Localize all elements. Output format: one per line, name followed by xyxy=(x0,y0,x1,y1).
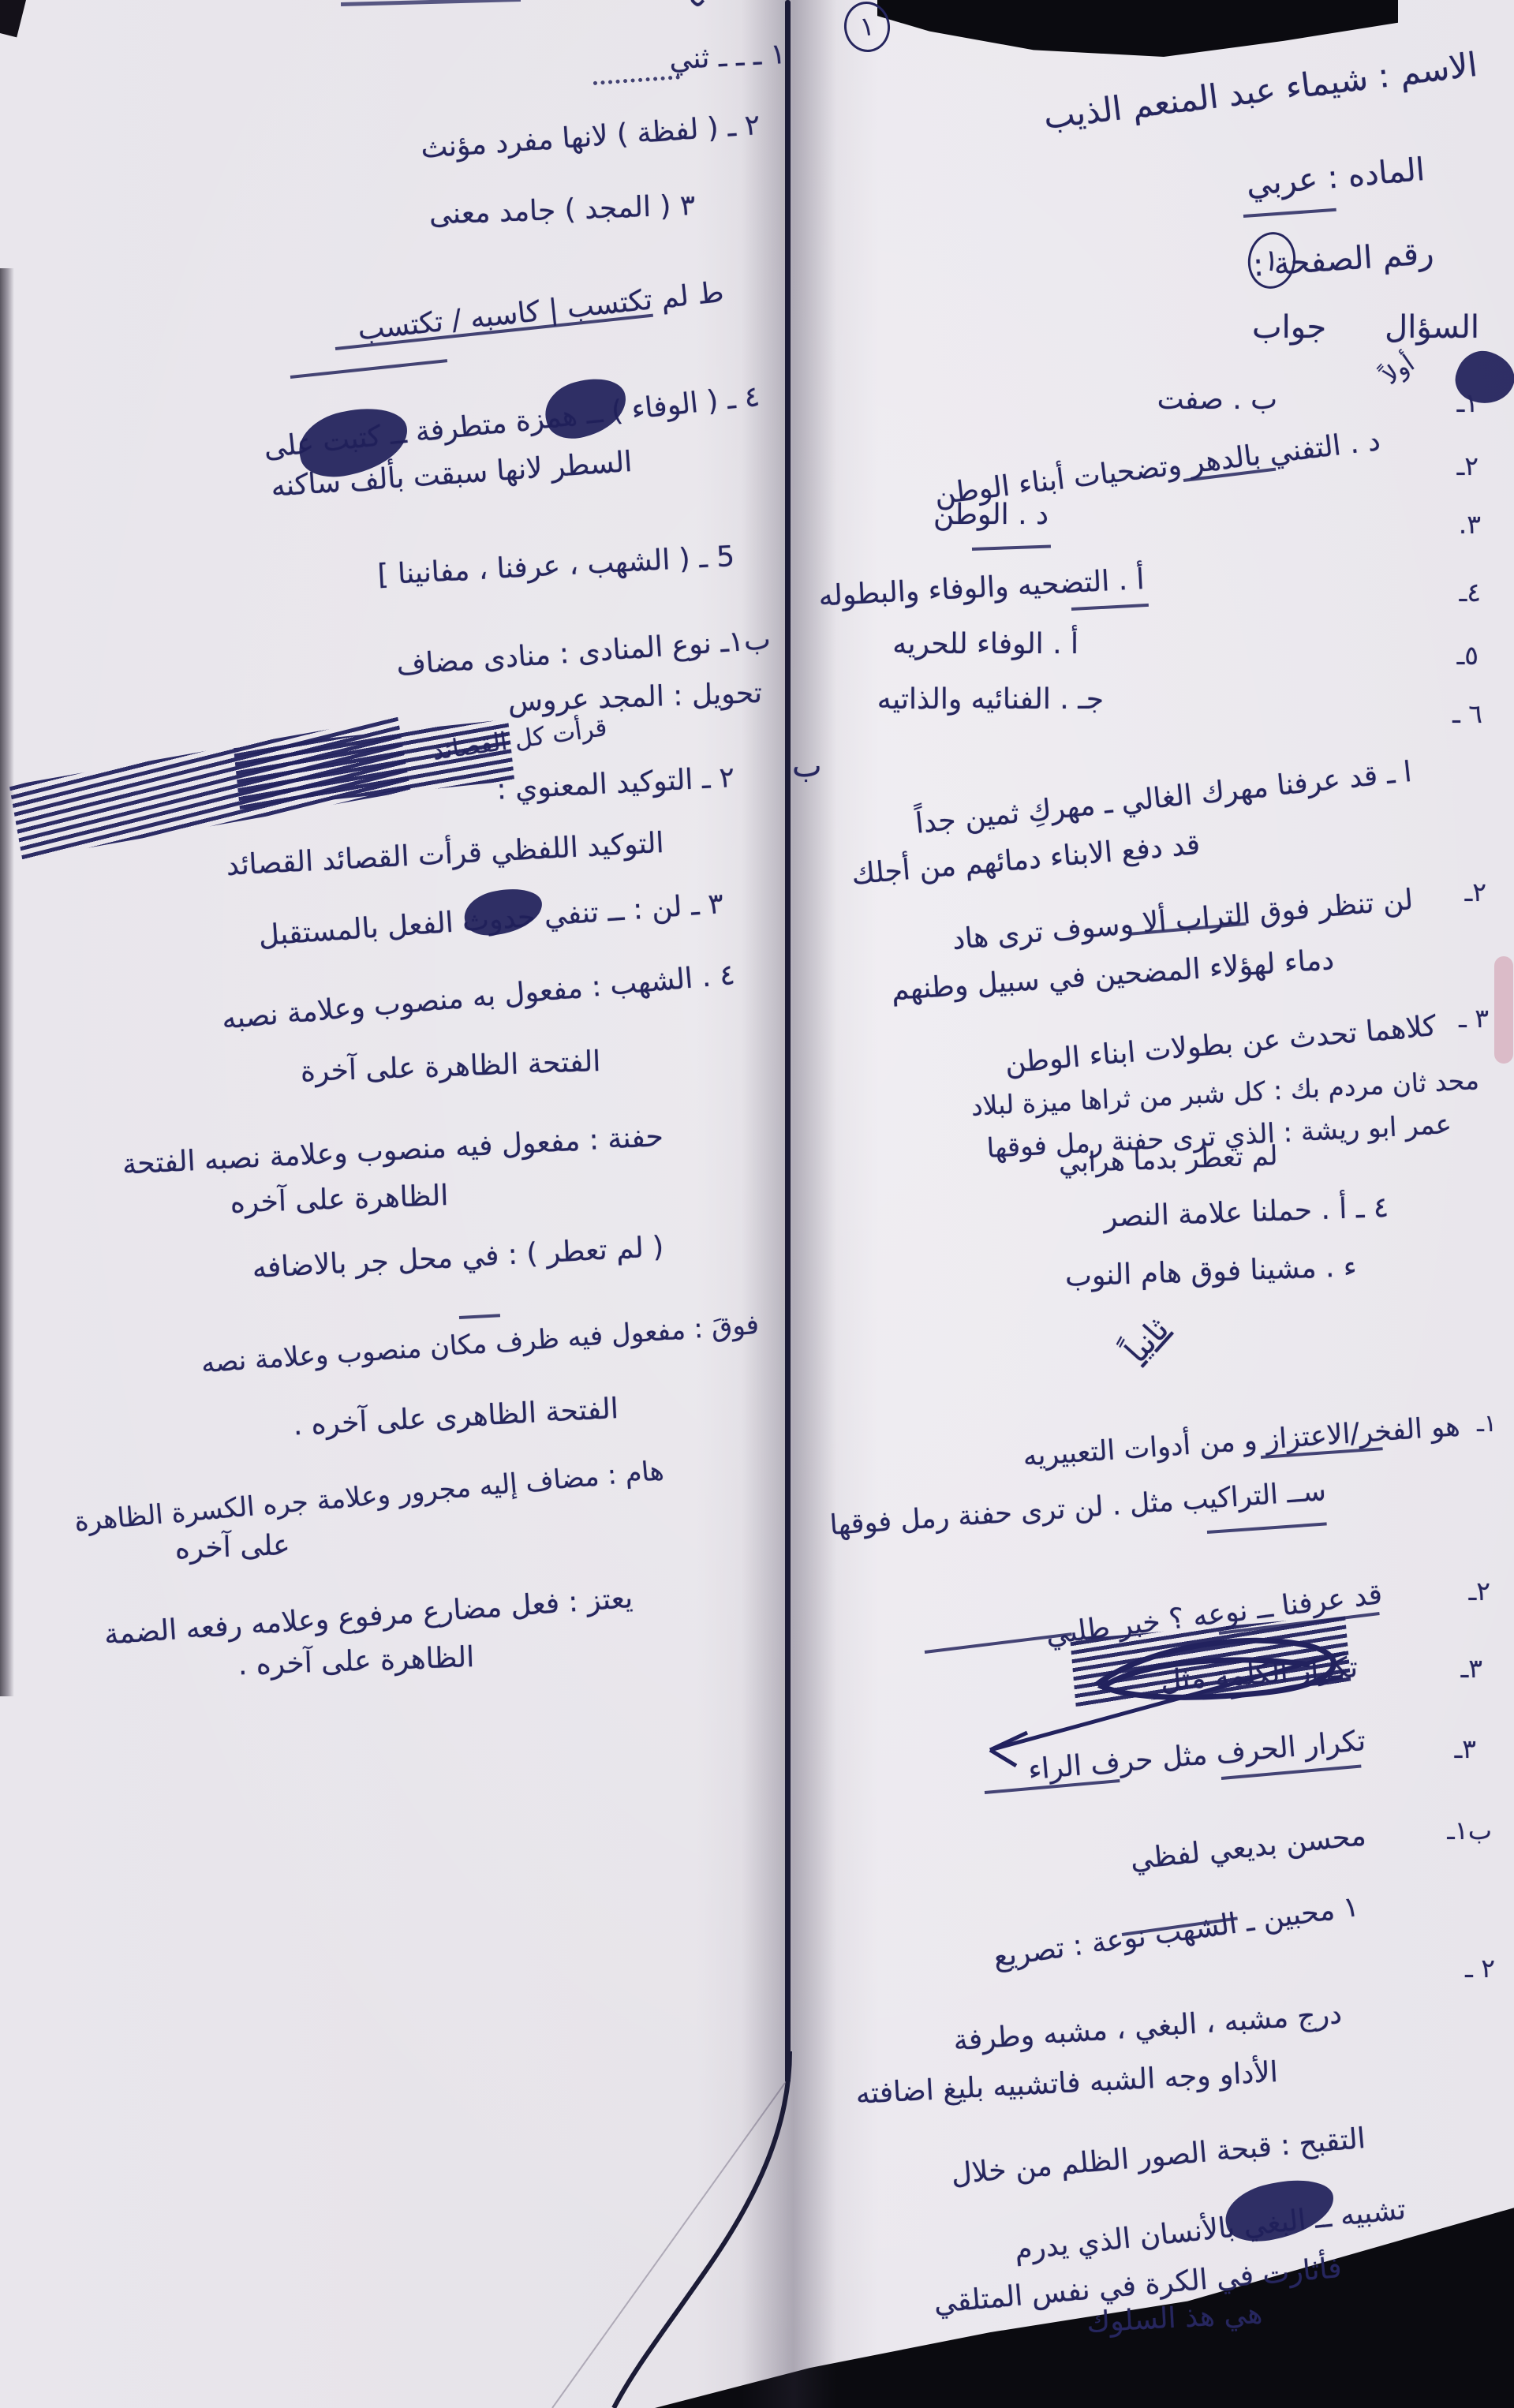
answer-line: تحويل : المجد عروس xyxy=(507,677,762,719)
answer-line: فوقَ : مفعول فيه ظرف مكان منصوب وعلامة ن… xyxy=(200,1310,759,1379)
answer-line: ا ـ قد عرفنا مهرك الغالي ـ مهركِ ثمين جد… xyxy=(914,756,1414,840)
answer-table-header: السؤال جواب xyxy=(1252,309,1479,346)
underline xyxy=(1071,604,1149,611)
answer-line: ط لم تكتسب | كاسبه / تكتسب xyxy=(357,276,726,347)
answer-line: ب١ـ نوع المنادى : منادى مضاف xyxy=(395,623,772,682)
answer-line: الفتحة الظاهرة على آخرة xyxy=(300,1045,601,1089)
answer-line: حفنة : مفعول فيه منصوب وعلامة نصبه الفتح… xyxy=(121,1120,664,1181)
page-marker-number: ١ xyxy=(858,10,877,43)
answer-line: لن تنظر فوق التراب ألا وسوف ترى هاد xyxy=(951,884,1415,956)
item-number: ٥ـ xyxy=(1457,641,1478,671)
scanned-exam-sheet: ثالثاً ١ ـ ـ ـ ثني ٢ ـ ( لفظة ) لانها مف… xyxy=(0,0,1514,2408)
answer-line: هو الفخر/الاعتزاز و من أدوات التعبيريه xyxy=(1022,1411,1460,1473)
answer-line: الظاهرة على آخره . xyxy=(237,1641,475,1682)
item-answer: جـ . الفنائيه والذاتيه xyxy=(877,683,1104,716)
underline xyxy=(593,75,680,85)
answer-line: يعتز : فعل مضارع مرفوع وعلامه رفعه الضمة xyxy=(103,1582,634,1651)
answer-line: ١ محبين ـ الشهب نوعة : تصريع xyxy=(991,1890,1360,1974)
item-number: ب١ـ xyxy=(1447,1816,1492,1845)
item-number: ٢ـ xyxy=(1457,451,1478,481)
item-number: ٢ ـ xyxy=(1465,1954,1495,1984)
answer-line: ســ التراكيب مثل . لن ترى حفنة رمل فوقها xyxy=(828,1475,1327,1542)
answer-line: ٤ . الشهب : مفعول به منصوب وعلامة نصبه xyxy=(221,959,737,1036)
page-number-circle: ١ xyxy=(1244,229,1300,292)
scan-corner-mark xyxy=(0,0,27,37)
item-number: ١ـ xyxy=(1457,388,1478,418)
item-number: ٤ـ xyxy=(1460,578,1481,608)
paper-edge-left xyxy=(0,268,14,1696)
answer-header: جواب xyxy=(1252,309,1326,346)
ink-smear-pink xyxy=(1494,956,1513,1064)
answer-line: الفتحة الظاهرى على آخره . xyxy=(293,1393,619,1442)
answer-line: ٤ ـ أ . حملنا علامة النصر xyxy=(1103,1191,1389,1234)
answer-line: على آخره xyxy=(174,1529,290,1565)
underline xyxy=(290,359,447,379)
center-fold-line xyxy=(785,0,791,2083)
answer-line: ٢ ـ التوكيد المعنوي : xyxy=(495,761,735,806)
underline xyxy=(459,1314,500,1319)
section-first-label: أولاً xyxy=(1378,350,1420,391)
scribbled-out-text xyxy=(9,717,411,859)
slash-arrowhead xyxy=(990,1733,1027,1766)
question-header: السؤال xyxy=(1385,309,1479,346)
underline xyxy=(972,545,1051,551)
item-number: ٢ـ xyxy=(1465,877,1486,907)
item-number: ٣. xyxy=(1459,510,1481,540)
answer-line: تكرار الحرف مثل حرف الراء xyxy=(1027,1725,1367,1787)
item-number: ٣ـ xyxy=(1455,1734,1476,1764)
crossed-out-word xyxy=(1220,2171,1339,2249)
answer-line: الظاهرة على آخره xyxy=(230,1180,449,1220)
item-number: ٦ ـ xyxy=(1452,699,1482,729)
student-name-line: الاسم : شيماء عبد المنعم الذيب xyxy=(1041,46,1479,136)
answer-line: ٢ ـ ( لفظة ) لانها مفرد مؤنث xyxy=(420,109,761,165)
answer-line: ٣ ( المجد ) جامد معنى xyxy=(428,189,696,231)
answer-line: التوكيد اللفظي قرأت القصائد القصائد xyxy=(225,827,664,882)
underline xyxy=(1243,208,1336,218)
answer-line: درج مشبه ، البغي ، مشبه وطرفة xyxy=(952,1998,1343,2058)
answer-line: ١ ـ ـ ـ ثني xyxy=(669,38,787,77)
item-number: ١ـ xyxy=(1477,1411,1497,1438)
item-number: ٣ـ xyxy=(1461,1654,1482,1684)
answer-line: ء . مشينا فوق هام النوب xyxy=(1064,1251,1357,1293)
answer-line: هام : مضاف إليه مجرور وعلامة جره الكسرة … xyxy=(73,1456,665,1538)
answer-line: 5 ـ ( الشهب ، عرفنا ، مفانينا ] xyxy=(377,540,735,592)
item-answer: أ . الوفاء للحريه xyxy=(892,628,1078,660)
section-b-label: ب xyxy=(792,748,822,784)
section-second-label: ثانياً xyxy=(1118,1311,1176,1370)
answer-line: قد دفع الابناء دمائهم من أجلك xyxy=(850,828,1202,892)
answer-line: الأداو وجه الشبه فاتشبيه بليغ اضافته xyxy=(855,2056,1279,2111)
page-number-value: ١ xyxy=(1261,242,1282,279)
item-answer: د . الوطن xyxy=(933,499,1049,531)
answer-line: ( لم تعطر ) : في محل جر بالاضافه xyxy=(252,1231,665,1285)
item-answer: ب . صفت xyxy=(1157,383,1277,416)
cutoff-underline-top xyxy=(341,0,521,6)
item-number: ٢ـ xyxy=(1469,1576,1490,1606)
underline xyxy=(1207,1522,1327,1534)
subject-line: الماده : عربي xyxy=(1245,151,1426,204)
item-number: ٣ ـ xyxy=(1459,1004,1489,1034)
scan-shadow-top xyxy=(877,0,1398,57)
corner-note: ثالثاً xyxy=(660,0,720,16)
answer-line: لم تعطر بدما هرابي xyxy=(1058,1141,1278,1180)
answer-line: محسن بديعي لفظي xyxy=(1129,1819,1368,1877)
